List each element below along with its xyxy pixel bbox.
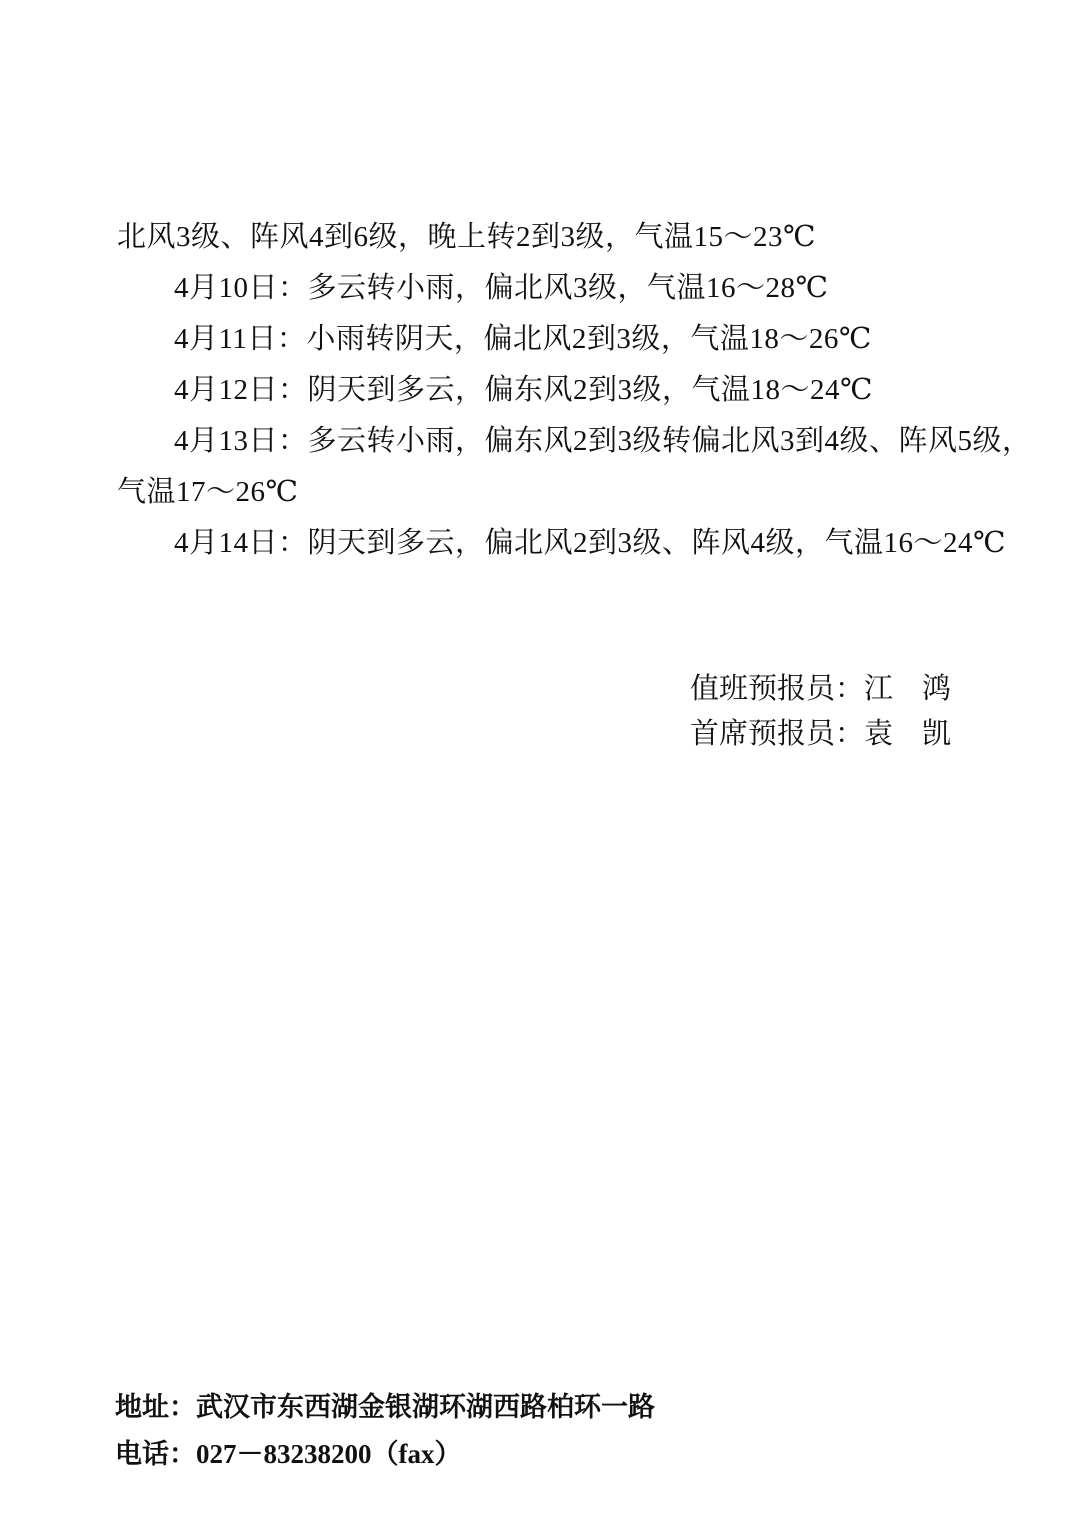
address-line: 地址：武汉市东西湖金银湖环湖西路柏环一路: [115, 1384, 655, 1431]
forecast-line: 4月12日：阴天到多云，偏东风2到3级，气温18～24℃: [117, 365, 1037, 416]
forecast-line: 气温17～26℃: [117, 467, 1037, 518]
duty-forecaster-label: 值班预报员：: [690, 673, 864, 705]
phone-value: 027－83238200（fax）: [196, 1439, 462, 1469]
duty-forecaster-name: 江 鸿: [864, 673, 951, 705]
chief-forecaster-line: 首席预报员：袁 凯: [690, 712, 951, 757]
contact-footer: 地址：武汉市东西湖金银湖环湖西路柏环一路 电话：027－83238200（fax…: [115, 1384, 655, 1478]
address-label: 地址：: [115, 1392, 196, 1422]
forecast-line: 4月10日：多云转小雨，偏北风3级，气温16～28℃: [117, 263, 1037, 314]
document-page: 北风3级、阵风4到6级，晚上转2到3级，气温15～23℃ 4月10日：多云转小雨…: [0, 0, 1074, 1520]
forecast-line: 4月11日：小雨转阴天，偏北风2到3级，气温18～26℃: [117, 314, 1037, 365]
forecast-line: 北风3级、阵风4到6级，晚上转2到3级，气温15～23℃: [117, 212, 1037, 263]
phone-label: 电话：: [115, 1439, 196, 1469]
forecast-line: 4月14日：阴天到多云，偏北风2到3级、阵风4级，气温16～24℃: [117, 518, 1037, 569]
forecast-section: 北风3级、阵风4到6级，晚上转2到3级，气温15～23℃ 4月10日：多云转小雨…: [117, 212, 1037, 569]
address-value: 武汉市东西湖金银湖环湖西路柏环一路: [196, 1392, 655, 1422]
chief-forecaster-name: 袁 凯: [864, 718, 951, 750]
phone-line: 电话：027－83238200（fax）: [115, 1431, 655, 1478]
forecast-line: 4月13日：多云转小雨，偏东风2到3级转偏北风3到4级、阵风5级，: [117, 416, 1037, 467]
chief-forecaster-label: 首席预报员：: [690, 718, 864, 750]
signature-block: 值班预报员：江 鸿 首席预报员：袁 凯: [690, 667, 951, 757]
duty-forecaster-line: 值班预报员：江 鸿: [690, 667, 951, 712]
